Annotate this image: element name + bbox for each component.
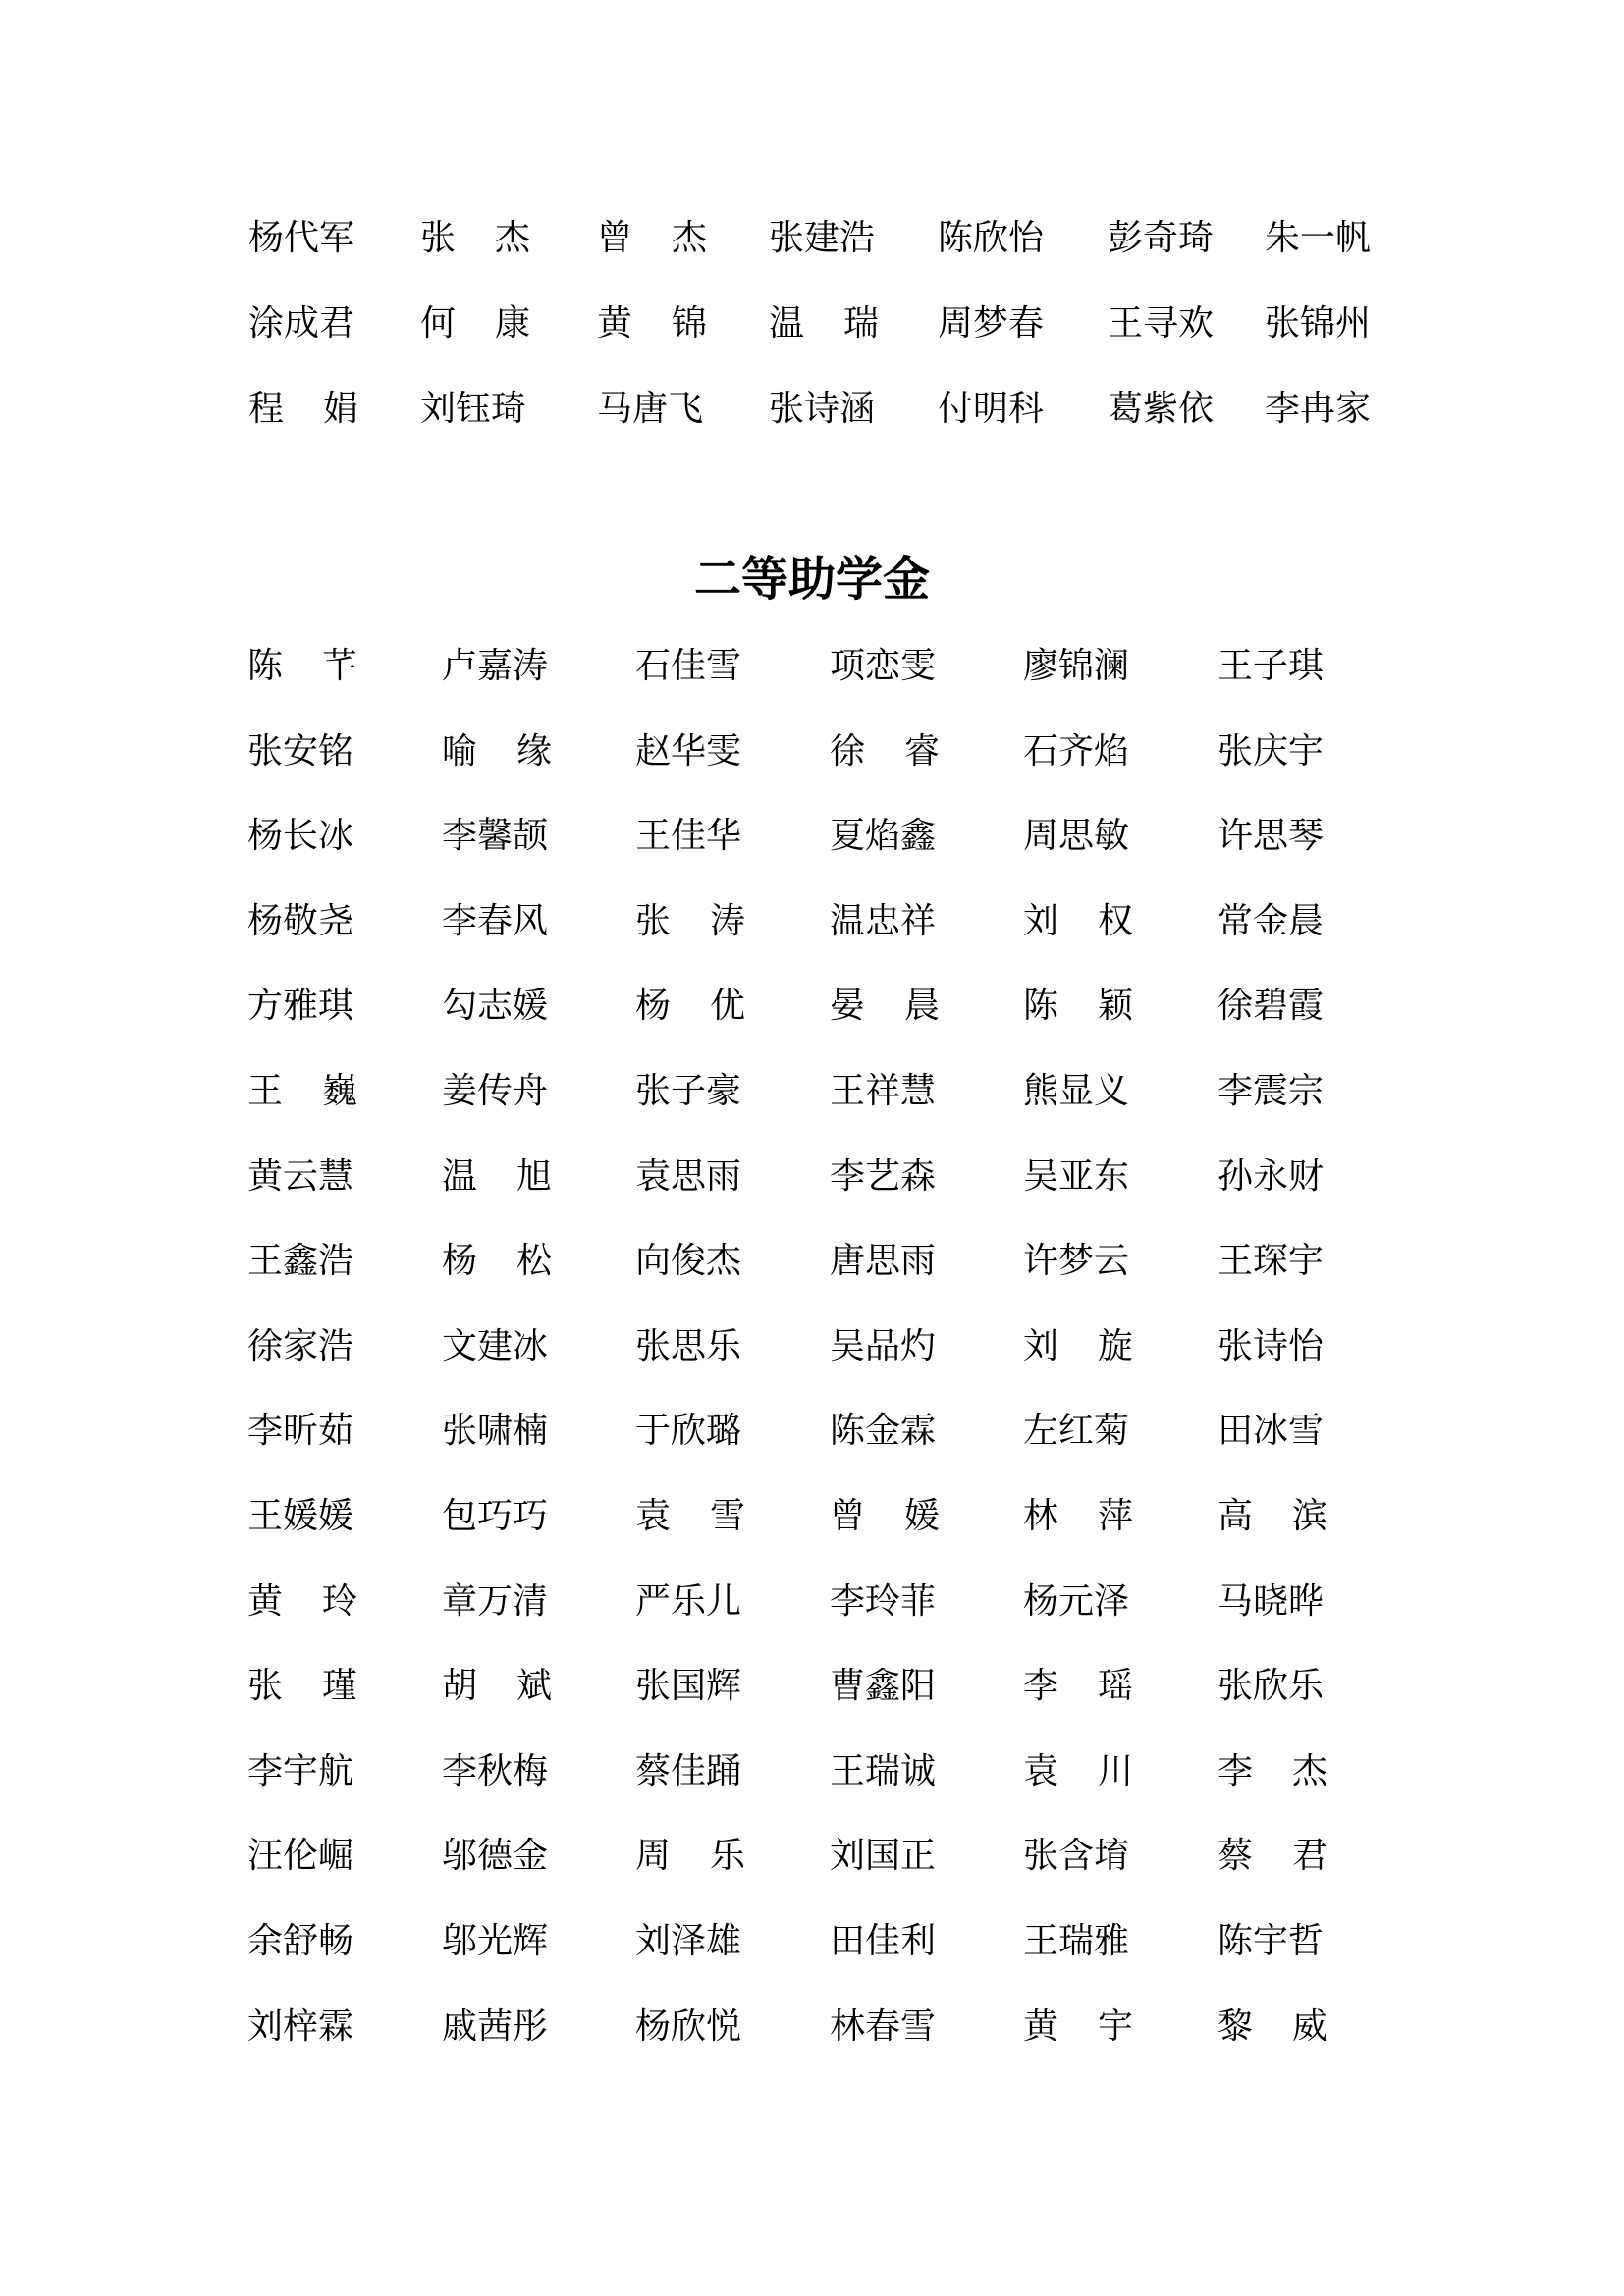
student-name: 向俊杰 — [635, 1237, 741, 1284]
student-name: 李震宗 — [1218, 1067, 1324, 1114]
student-name: 许思琴 — [1218, 812, 1324, 859]
student-name: 王瑞雅 — [1023, 1917, 1129, 1964]
student-name: 李秋梅 — [442, 1747, 548, 1794]
student-name: 王鑫浩 — [247, 1237, 353, 1284]
student-name: 黎威 — [1218, 2002, 1367, 2050]
student-name: 夏焰鑫 — [830, 812, 936, 859]
student-name: 黄锦 — [597, 299, 746, 347]
student-name: 温忠祥 — [830, 897, 936, 944]
student-name: 杨优 — [635, 982, 785, 1029]
student-name: 杨敬尧 — [247, 897, 353, 944]
student-name: 张瑾 — [247, 1662, 397, 1709]
student-name: 袁雪 — [635, 1492, 785, 1539]
name-row: 黄云慧温旭袁思雨李艺森吴亚东孙永财 — [0, 1152, 1624, 1200]
student-name: 田冰雪 — [1218, 1407, 1324, 1454]
student-name: 石齐焰 — [1023, 727, 1129, 774]
student-name: 林春雪 — [830, 2002, 936, 2050]
student-name: 吴品灼 — [830, 1322, 936, 1369]
student-name: 李馨颉 — [442, 812, 548, 859]
student-name: 常金晨 — [1218, 897, 1324, 944]
student-name: 廖锦澜 — [1023, 642, 1129, 689]
name-row: 陈芊卢嘉涛石佳雪项恋雯廖锦澜王子琪 — [0, 642, 1624, 689]
student-name: 徐碧霞 — [1218, 982, 1324, 1029]
student-name: 陈芊 — [247, 642, 397, 689]
name-row: 余舒畅邬光辉刘泽雄田佳利王瑞雅陈宇哲 — [0, 1917, 1624, 1964]
student-name: 黄云慧 — [247, 1152, 353, 1200]
student-name: 张子豪 — [635, 1067, 741, 1114]
student-name: 王媛媛 — [247, 1492, 353, 1539]
student-name: 李艺森 — [830, 1152, 936, 1200]
student-name: 曾媛 — [830, 1492, 979, 1539]
student-name: 刘国正 — [830, 1832, 936, 1879]
student-name: 杨松 — [442, 1237, 591, 1284]
student-name: 黄玲 — [247, 1577, 397, 1625]
student-name: 张杰 — [420, 214, 569, 261]
student-name: 林萍 — [1023, 1492, 1172, 1539]
student-name: 余舒畅 — [247, 1917, 353, 1964]
student-name: 方雅琪 — [247, 982, 353, 1029]
student-name: 胡斌 — [442, 1662, 591, 1709]
student-name: 王寻欢 — [1108, 299, 1214, 347]
student-name: 张啸楠 — [442, 1407, 548, 1454]
student-name: 汪伦崛 — [247, 1832, 353, 1879]
student-name: 邬德金 — [442, 1832, 548, 1879]
student-name: 涂成君 — [248, 299, 354, 347]
name-row: 徐家浩文建冰张思乐吴品灼刘旋张诗怡 — [0, 1322, 1624, 1369]
student-name: 马唐飞 — [597, 385, 703, 432]
student-name: 袁川 — [1023, 1747, 1172, 1794]
name-row: 李昕茹张啸楠于欣璐陈金霖左红菊田冰雪 — [0, 1407, 1624, 1454]
student-name: 项恋雯 — [830, 642, 936, 689]
student-name: 张思乐 — [635, 1322, 741, 1369]
student-name: 朱一帆 — [1265, 214, 1371, 261]
name-row: 王巍姜传舟张子豪王祥慧熊显义李震宗 — [0, 1067, 1624, 1114]
student-name: 严乐儿 — [635, 1577, 741, 1625]
student-name: 张庆宇 — [1218, 727, 1324, 774]
student-name: 李玲菲 — [830, 1577, 936, 1625]
student-name: 何康 — [420, 299, 569, 347]
student-name: 王子琪 — [1218, 642, 1324, 689]
student-name: 李冉家 — [1265, 385, 1371, 432]
student-name: 杨长冰 — [247, 812, 353, 859]
student-name: 程娟 — [248, 385, 398, 432]
student-name: 晏晨 — [830, 982, 979, 1029]
student-name: 陈颖 — [1023, 982, 1172, 1029]
student-name: 王琛宇 — [1218, 1237, 1324, 1284]
student-name: 高滨 — [1218, 1492, 1367, 1539]
name-row: 方雅琪勾志媛杨优晏晨陈颖徐碧霞 — [0, 982, 1624, 1029]
student-name: 喻缘 — [442, 727, 591, 774]
name-row: 李宇航李秋梅蔡佳踊王瑞诚袁川李杰 — [0, 1747, 1624, 1794]
student-name: 王祥慧 — [830, 1067, 936, 1114]
student-name: 黄宇 — [1023, 2002, 1172, 2050]
student-name: 章万清 — [442, 1577, 548, 1625]
student-name: 许梦云 — [1023, 1237, 1129, 1284]
student-name: 李瑶 — [1023, 1662, 1172, 1709]
name-row: 王媛媛包巧巧袁雪曾媛林萍高滨 — [0, 1492, 1624, 1539]
name-row: 杨长冰李馨颉王佳华夏焰鑫周思敏许思琴 — [0, 812, 1624, 859]
student-name: 张诗涵 — [769, 385, 875, 432]
student-name: 杨元泽 — [1023, 1577, 1129, 1625]
student-name: 刘泽雄 — [635, 1917, 741, 1964]
student-name: 文建冰 — [442, 1322, 548, 1369]
student-name: 熊显义 — [1023, 1067, 1129, 1114]
student-name: 卢嘉涛 — [442, 642, 548, 689]
student-name: 张国辉 — [635, 1662, 741, 1709]
student-name: 唐思雨 — [830, 1237, 936, 1284]
student-name: 张安铭 — [247, 727, 353, 774]
student-name: 刘旋 — [1023, 1322, 1172, 1369]
student-name: 陈金霖 — [830, 1407, 936, 1454]
student-name: 温瑞 — [769, 299, 918, 347]
student-name: 李宇航 — [247, 1747, 353, 1794]
student-name: 周思敏 — [1023, 812, 1129, 859]
student-name: 孙永财 — [1218, 1152, 1324, 1200]
student-name: 徐家浩 — [247, 1322, 353, 1369]
student-name: 马晓晔 — [1218, 1577, 1324, 1625]
name-row: 汪伦崛邬德金周乐刘国正张含堉蔡君 — [0, 1832, 1624, 1879]
student-name: 周乐 — [635, 1832, 785, 1879]
student-name: 张欣乐 — [1218, 1662, 1324, 1709]
student-name: 张涛 — [635, 897, 785, 944]
student-name: 彭奇琦 — [1108, 214, 1214, 261]
student-name: 邬光辉 — [442, 1917, 548, 1964]
name-row: 杨代军 张杰 曾杰 张建浩 陈欣怡 彭奇琦 朱一帆 — [0, 214, 1624, 261]
name-row: 王鑫浩杨松向俊杰唐思雨许梦云王琛宇 — [0, 1237, 1624, 1284]
student-name: 张含堉 — [1023, 1832, 1129, 1879]
name-row: 张安铭喻缘赵华雯徐睿石齐焰张庆宇 — [0, 727, 1624, 774]
student-name: 石佳雪 — [635, 642, 741, 689]
student-name: 王佳华 — [635, 812, 741, 859]
student-name: 温旭 — [442, 1152, 591, 1200]
student-name: 王瑞诚 — [830, 1747, 936, 1794]
student-name: 赵华雯 — [635, 727, 741, 774]
student-name: 田佳利 — [830, 1917, 936, 1964]
student-name: 袁思雨 — [635, 1152, 741, 1200]
student-name: 包巧巧 — [442, 1492, 548, 1539]
section-title-second-class-grant: 二等助学金 — [0, 546, 1624, 613]
student-name: 周梦春 — [938, 299, 1044, 347]
student-name: 戚茜彤 — [442, 2002, 548, 2050]
name-row: 杨敬尧李春风张涛温忠祥刘权常金晨 — [0, 897, 1624, 944]
name-row: 张瑾胡斌张国辉曹鑫阳李瑶张欣乐 — [0, 1662, 1624, 1709]
student-name: 陈宇哲 — [1218, 1917, 1324, 1964]
name-row: 程娟 刘钰琦 马唐飞 张诗涵 付明科 葛紫依 李冉家 — [0, 385, 1624, 432]
student-name: 于欣璐 — [635, 1407, 741, 1454]
student-name: 姜传舟 — [442, 1067, 548, 1114]
student-name: 吴亚东 — [1023, 1152, 1129, 1200]
student-name: 刘梓霖 — [247, 2002, 353, 2050]
student-name: 李春风 — [442, 897, 548, 944]
student-name: 李昕茹 — [247, 1407, 353, 1454]
student-name: 徐睿 — [830, 727, 979, 774]
student-name: 张建浩 — [769, 214, 875, 261]
student-name: 张诗怡 — [1218, 1322, 1324, 1369]
student-name: 杨欣悦 — [635, 2002, 741, 2050]
student-name: 曾杰 — [597, 214, 746, 261]
student-name: 曹鑫阳 — [830, 1662, 936, 1709]
name-row: 刘梓霖戚茜彤杨欣悦林春雪黄宇黎威 — [0, 2002, 1624, 2050]
student-name: 李杰 — [1218, 1747, 1367, 1794]
student-name: 杨代军 — [248, 214, 354, 261]
student-name: 左红菊 — [1023, 1407, 1129, 1454]
student-name: 张锦州 — [1265, 299, 1371, 347]
student-name: 刘权 — [1023, 897, 1172, 944]
student-name: 蔡佳踊 — [635, 1747, 741, 1794]
student-name: 葛紫依 — [1108, 385, 1214, 432]
student-name: 蔡君 — [1218, 1832, 1367, 1879]
student-name: 陈欣怡 — [938, 214, 1044, 261]
student-name: 付明科 — [938, 385, 1044, 432]
student-name: 王巍 — [247, 1067, 397, 1114]
student-name: 刘钰琦 — [420, 385, 526, 432]
student-name: 勾志媛 — [442, 982, 548, 1029]
name-row: 黄玲章万清严乐儿李玲菲杨元泽马晓晔 — [0, 1577, 1624, 1625]
name-row: 涂成君 何康 黄锦 温瑞 周梦春 王寻欢 张锦州 — [0, 299, 1624, 347]
